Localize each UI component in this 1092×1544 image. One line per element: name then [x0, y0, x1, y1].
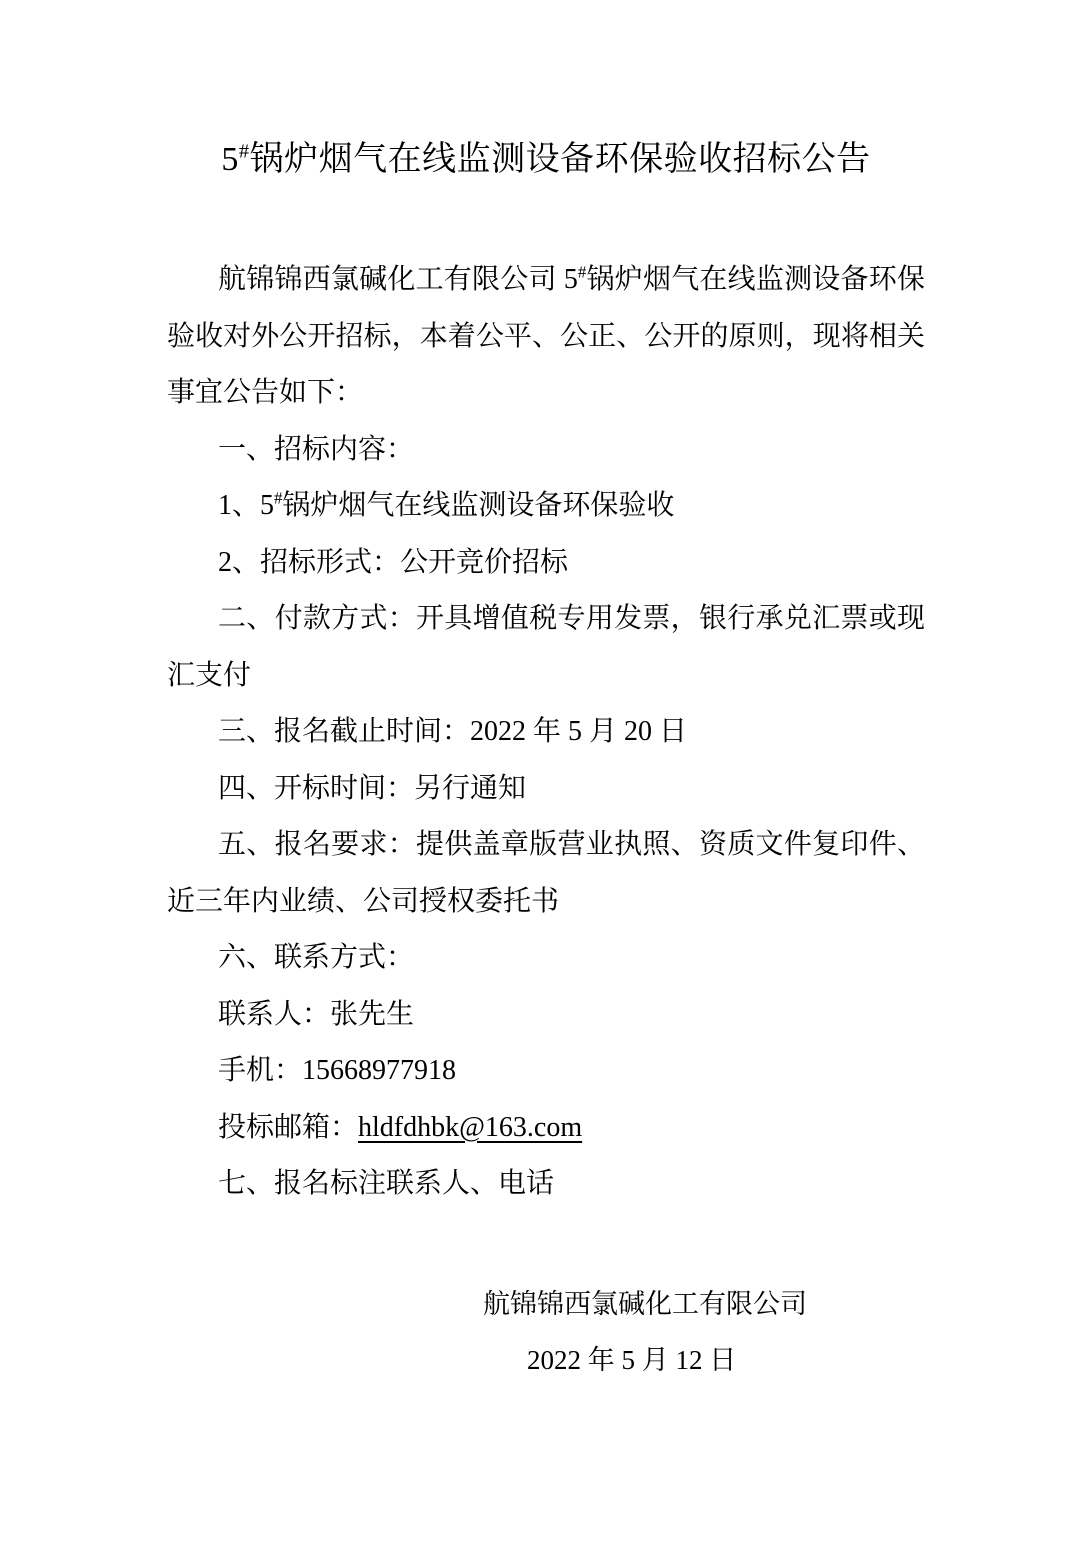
document-body: 航锦锦西氯碱化工有限公司 5#锅炉烟气在线监测设备环保验收对外公开招标，本着公平…	[167, 252, 925, 1389]
title-text-rest: 锅炉烟气在线监测设备环保验收招标公告	[250, 141, 871, 178]
intro-text-pre: 航锦锦西氯碱化工有限公司 5	[218, 264, 578, 295]
section1-item2: 2、招标形式：公开竞价招标	[167, 535, 925, 592]
intro-paragraph: 航锦锦西氯碱化工有限公司 5#锅炉烟气在线监测设备环保验收对外公开招标，本着公平…	[167, 252, 925, 422]
section1-item1: 1、5#锅炉烟气在线监测设备环保验收	[167, 478, 925, 535]
section4-bid-opening: 四、开标时间：另行通知	[167, 761, 925, 818]
document-title: 5#锅炉烟气在线监测设备环保验收招标公告	[0, 138, 1092, 182]
section6-contact-heading: 六、联系方式：	[167, 930, 925, 987]
section3-deadline: 三、报名截止时间：2022 年 5 月 20 日	[167, 704, 925, 761]
section2-payment: 二、付款方式：开具增值税专用发票，银行承兑汇票或现汇支付	[167, 591, 925, 704]
signature-date: 2022 年 5 月 12 日	[167, 1332, 925, 1389]
document-page: 5#锅炉烟气在线监测设备环保验收招标公告 航锦锦西氯碱化工有限公司 5#锅炉烟气…	[0, 0, 1092, 1544]
title-superscript-hash: #	[239, 141, 250, 163]
section1-item1-rest: 锅炉烟气在线监测设备环保验收	[282, 490, 674, 521]
section1-heading: 一、招标内容：	[167, 422, 925, 479]
mobile-line: 手机：15668977918	[167, 1043, 925, 1100]
email-label: 投标邮箱：	[218, 1112, 358, 1143]
section1-item1-pre: 1、5	[218, 490, 274, 521]
section7-note: 七、报名标注联系人、电话	[167, 1156, 925, 1213]
email-line: 投标邮箱：hldfdhbk@163.com	[167, 1100, 925, 1157]
title-text-pre: 5	[221, 141, 239, 178]
signature-block: 航锦锦西氯碱化工有限公司 2022 年 5 月 12 日	[167, 1276, 925, 1389]
email-link[interactable]: hldfdhbk@163.com	[358, 1112, 582, 1143]
signature-company: 航锦锦西氯碱化工有限公司	[167, 1276, 925, 1333]
section5-requirements: 五、报名要求：提供盖章版营业执照、资质文件复印件、近三年内业绩、公司授权委托书	[167, 817, 925, 930]
contact-person-line: 联系人：张先生	[167, 987, 925, 1044]
